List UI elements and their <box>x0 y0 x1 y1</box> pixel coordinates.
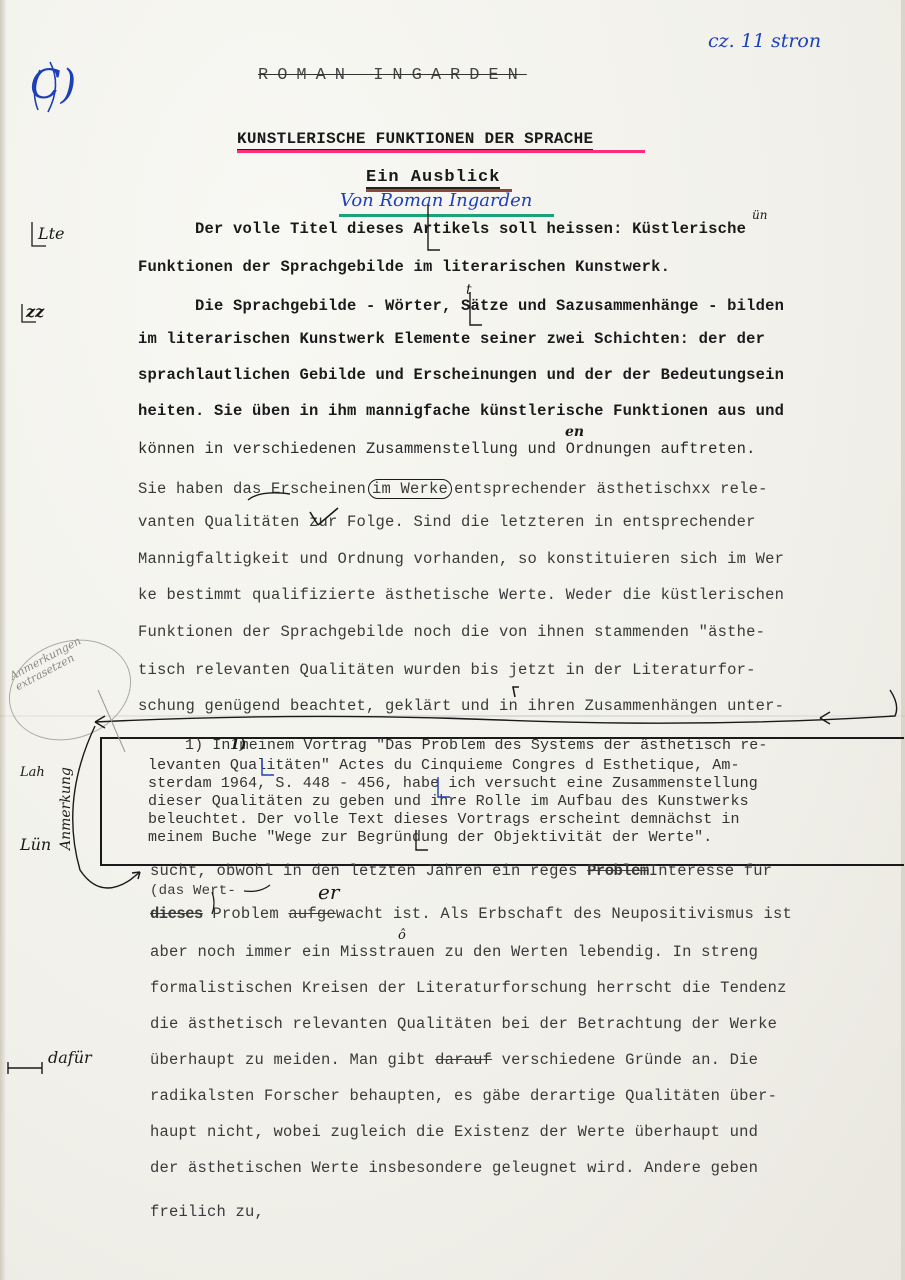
text-line: Der volle Titel dieses Artikels soll hei… <box>195 220 746 238</box>
struck-word: Problem <box>587 862 649 880</box>
footnote-line: levanten Qualitäten" Actes du Cinquieme … <box>148 757 740 774</box>
text-line: Mannigfaltigkeit und Ordnung vorhanden, … <box>138 550 784 568</box>
text-line: im literarischen Kunstwerk Elemente sein… <box>138 330 765 348</box>
text-line: heiten. Sie üben in ihm mannigfache küns… <box>138 402 784 420</box>
text-line: Sie haben das Erscheinenim Werkeentsprec… <box>138 479 768 499</box>
text-line: aber noch immer ein Misstrauen zu den We… <box>150 943 758 961</box>
text-segment: wacht ist. Als Erbschaft des Neupositivi… <box>336 905 792 923</box>
text-line: radikalsten Forscher behaupten, es gäbe … <box>150 1087 777 1105</box>
circled-phrase: im Werke <box>368 479 452 499</box>
text-line: freilich zu, <box>150 1203 264 1221</box>
footnote-line: meinem Buche "Wege zur Begründung der Ob… <box>148 829 712 846</box>
text-segment: sucht, obwohl in den letzten Jahren ein … <box>150 862 578 880</box>
text-line: Funktionen der Sprachgebilde im literari… <box>138 258 670 276</box>
margin-note-lah: Lah <box>20 765 45 780</box>
text-segment: Interesse für <box>649 862 773 880</box>
margin-note-anmerkung-vertical: Anmerkung <box>58 767 74 850</box>
margin-note-lun: Lün <box>20 835 51 854</box>
struck-word: darauf <box>435 1051 492 1069</box>
page-title: KUNSTLERISCHE FUNKTIONEN DER SPRACHE <box>237 130 593 151</box>
text-line: sucht, obwohl in den letzten Jahren ein … <box>150 862 772 880</box>
text-segment: entsprechender ästhetischxx rele- <box>454 480 768 498</box>
paper-edge-right <box>901 0 905 1280</box>
paper-fold <box>0 715 905 717</box>
document-page: C) cz. 11 stron ROMAN INGARDEN KUNSTLERI… <box>0 0 905 1280</box>
byline-handwritten: Von Roman Ingarden <box>340 190 532 211</box>
footnote-line: dieser Qualitäten zu geben und ihre Roll… <box>148 793 749 810</box>
corner-note: cz. 11 stron <box>708 30 821 52</box>
text-segment: Problem <box>212 905 279 923</box>
footnote-marker: 1) <box>230 737 246 753</box>
footnote-line: 1) In meinem Vortrag "Das Problem des Sy… <box>185 737 768 754</box>
insert-o: ô <box>398 928 406 943</box>
text-line: können in verschiedenen Zusammenstellung… <box>138 440 756 458</box>
text-line: vanten Qualitäten zur Folge. Sind die le… <box>138 513 756 531</box>
insert-t: t <box>466 282 472 298</box>
margin-note-lte: Lte <box>38 224 65 243</box>
author-struck: ROMAN INGARDEN <box>258 66 527 85</box>
text-line: tisch relevanten Qualitäten wurden bis j… <box>138 661 756 679</box>
inserted-phrase: (das Wert- <box>150 883 236 899</box>
struck-word: aufge <box>288 905 336 923</box>
insert-un: ün <box>752 208 767 222</box>
text-line: schung genügend beachtet, geklärt und in… <box>138 697 784 715</box>
insert-er: er <box>318 880 339 904</box>
struck-word: dieses <box>150 905 203 923</box>
text-line: formalistischen Kreisen der Literaturfor… <box>150 979 787 997</box>
text-line: ke bestimmt qualifizierte ästhetische We… <box>138 586 784 604</box>
page-subtitle: Ein Ausblick <box>366 168 500 189</box>
text-line: dieses Problem aufgewacht ist. Als Erbsc… <box>150 905 792 923</box>
title-highlight-underline <box>237 150 645 153</box>
insert-en: en <box>565 424 584 440</box>
margin-note-dafur: dafür <box>48 1048 92 1067</box>
text-line: die ästhetisch relevanten Qualitäten bei… <box>150 1015 777 1033</box>
text-segment: überhaupt zu meiden. Man gibt <box>150 1051 426 1069</box>
text-line: Die Sprachgebilde - Wörter, Sätze und Sa… <box>195 297 784 315</box>
margin-note-zz: zz <box>26 302 44 321</box>
text-segment: verschiedene Gründe an. Die <box>502 1051 759 1069</box>
text-line: der ästhetischen Werte insbesondere gele… <box>150 1159 758 1177</box>
corner-mark: C) <box>30 62 76 108</box>
text-line: überhaupt zu meiden. Man gibt darauf ver… <box>150 1051 758 1069</box>
margin-note-anmerkungen: Anmerkungen extrasetzen <box>8 634 90 693</box>
text-line: haupt nicht, wobei zugleich die Existenz… <box>150 1123 758 1141</box>
paper-edge-left <box>0 0 6 1280</box>
text-line: sprachlautlichen Gebilde und Erscheinung… <box>138 366 784 384</box>
footnote-line: beleuchtet. Der volle Text dieses Vortra… <box>148 811 740 828</box>
footnote-line: sterdam 1964, S. 448 - 456, habe ich ver… <box>148 775 758 792</box>
byline-highlight-underline <box>339 214 554 217</box>
text-line: Funktionen der Sprachgebilde noch die vo… <box>138 623 765 641</box>
text-segment: Sie haben das Erscheinen <box>138 480 366 498</box>
